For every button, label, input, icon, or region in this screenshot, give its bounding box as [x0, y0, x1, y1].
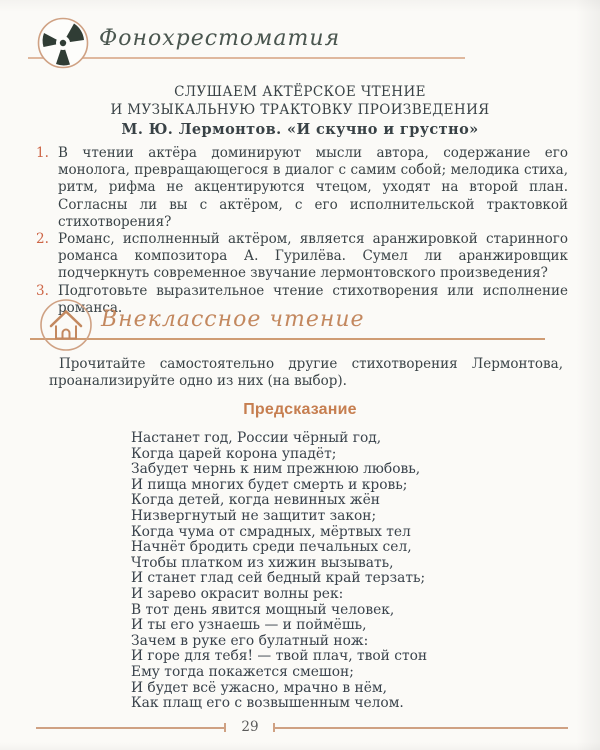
phono-rubric-underline [28, 57, 465, 59]
question-text: В чтении актёра доминируют мысли автора,… [58, 145, 568, 230]
poem-line: И горе для тебя! — твой плач, твой стон [131, 649, 427, 665]
work-title-heading: М. Ю. Лермонтов. «И скучно и грустно» [0, 121, 600, 138]
poem-line: Начнёт бродить среди печальных сел, [131, 540, 427, 556]
footer-rule-right [274, 727, 568, 729]
lesson-heading-line2: И МУЗЫКАЛЬНУЮ ТРАКТОВКУ ПРОИЗВЕДЕНИЯ [0, 102, 600, 118]
footer-rule-left-tick [224, 723, 226, 732]
poem-line: Чтобы платком из хижин вызывать, [131, 556, 427, 572]
cd-disc-icon [36, 16, 90, 70]
poem-line: Когда чума от смрадных, мёртвых тел [131, 525, 427, 541]
questions-list: 1. В чтении актёра доминируют мысли авто… [36, 145, 568, 317]
poem-line: И ты его узнаешь — и поймёшь, [131, 618, 427, 634]
question-text: Романс, исполненный актёром, является ар… [58, 231, 568, 281]
house-icon [38, 297, 94, 353]
question-number: 2. [36, 231, 49, 248]
poem-line: Низвергнутый не защитит закон; [131, 509, 427, 525]
page-number: 29 [228, 719, 272, 735]
poem-body: Настанет год, России чёрный год, Когда ц… [131, 431, 427, 712]
reading-rubric-title: Внеклассное чтение [101, 307, 365, 332]
poem-line: Зачем в руке его булатный нож: [131, 634, 427, 650]
poem-title: Предсказание [0, 401, 600, 419]
poem-line: В тот день явится мощный человек, [131, 603, 427, 619]
poem-line: И станет глад сей бедный край терзать; [131, 571, 427, 587]
poem-line: Когда царей корона упадёт; [131, 447, 427, 463]
footer-rule-left [36, 727, 224, 729]
poem-line: Забудет чернь к ним прежнюю любовь, [131, 462, 427, 478]
question-item: 2. Романс, исполненный актёром, является… [36, 231, 568, 283]
poem-line: Как плащ его с возвышенным челом. [131, 696, 427, 712]
poem-line: Ему тогда покажется смешон; [131, 665, 427, 681]
lesson-heading-line1: СЛУШАЕМ АКТЁРСКОЕ ЧТЕНИЕ [0, 84, 600, 100]
reading-intro-paragraph: Прочитайте самостоятельно другие стихотв… [49, 356, 563, 390]
poem-line: И зарево окрасит волны рек: [131, 587, 427, 603]
poem-line: Настанет год, России чёрный год, [131, 431, 427, 447]
poem-line: И будет всё ужасно, мрачно в нём, [131, 681, 427, 697]
poem-line: Когда детей, когда невинных жён [131, 493, 427, 509]
question-number: 1. [36, 145, 49, 162]
reading-rubric-underline [30, 338, 545, 340]
poem-line: И пища многих будет смерть и кровь; [131, 478, 427, 494]
textbook-page: Фонохрестоматия СЛУШАЕМ АКТЁРСКОЕ ЧТЕНИЕ… [0, 0, 600, 750]
question-item: 1. В чтении актёра доминируют мысли авто… [36, 145, 568, 231]
phono-rubric-title: Фонохрестоматия [99, 26, 340, 51]
